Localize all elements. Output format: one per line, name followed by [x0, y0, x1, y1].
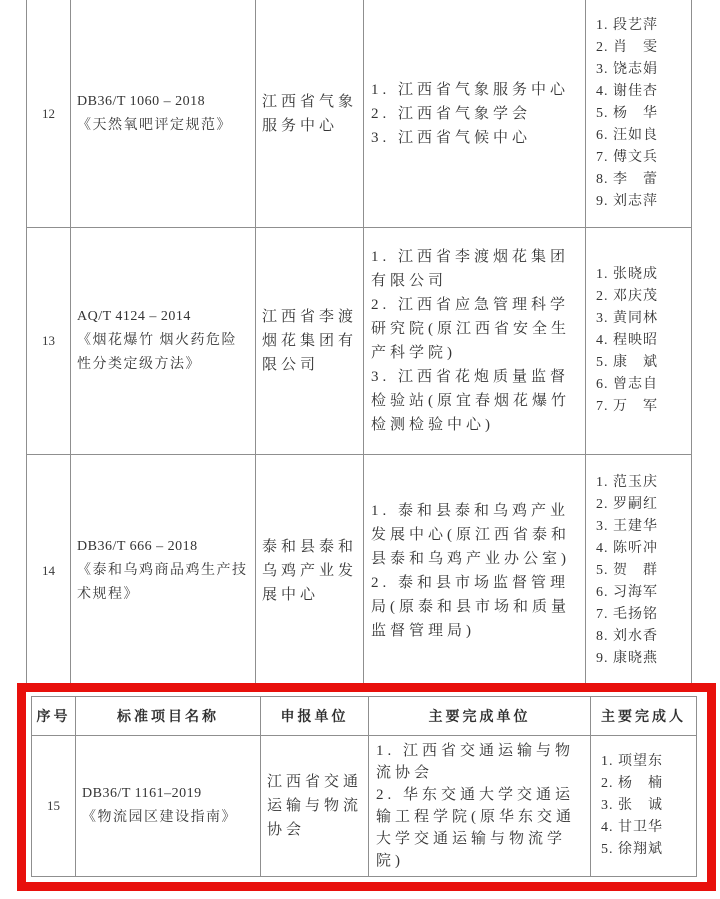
completers-cell: 1. 张晓成2. 邓庆茂3. 黄同林4. 程映昭5. 康 斌6. 曾志自7. 万…	[586, 228, 692, 455]
standard-title: 《物流园区建设指南》	[82, 806, 254, 830]
list-item: 2. 罗嗣红	[596, 494, 687, 516]
list-item: 1. 段艺萍	[596, 15, 687, 37]
list-item: 2. 华东交通大学交通运输工程学院(原华东交通大学交通运输与物流学院)	[376, 784, 583, 872]
list-item: 6. 习海军	[596, 582, 687, 604]
list-item: 1. 范玉庆	[596, 472, 687, 494]
header-cell-completers: 主要完成人	[591, 697, 697, 736]
list-item: 7. 万 军	[596, 396, 687, 418]
list-item: 3. 江西省花炮质量监督检验站(原宜春烟花爆竹检测检验中心)	[371, 365, 578, 437]
list-item: 2. 杨 楠	[601, 773, 692, 795]
list-item: 2. 肖 雯	[596, 37, 687, 59]
list-item: 1. 江西省李渡烟花集团有限公司	[371, 245, 578, 293]
list-item: 4. 陈听冲	[596, 538, 687, 560]
completers-cell: 1. 范玉庆2. 罗嗣红3. 王建华4. 陈听冲5. 贺 群6. 习海军7. 毛…	[586, 455, 692, 687]
list-item: 9. 刘志萍	[596, 191, 687, 213]
standard-code: DB36/T 1060 – 2018	[77, 90, 249, 114]
header-cell-project-name: 标准项目名称	[76, 697, 261, 736]
list-item: 1. 江西省交通运输与物流协会	[376, 740, 583, 784]
list-item: 1. 江西省气象服务中心	[371, 78, 578, 102]
list-item: 3. 饶志娟	[596, 59, 687, 81]
red-highlight-border: 序号 标准项目名称 申报单位 主要完成单位 主要完成人 15 DB36/T 11…	[17, 683, 716, 891]
applicant-cell: 泰和县泰和乌鸡产业发展中心	[256, 455, 364, 687]
project-name-cell: DB36/T 1161–2019 《物流园区建设指南》	[76, 736, 261, 877]
list-item: 2. 邓庆茂	[596, 286, 687, 308]
list-item: 3. 黄同林	[596, 308, 687, 330]
list-item: 3. 江西省气候中心	[371, 126, 578, 150]
list-item: 8. 刘水香	[596, 626, 687, 648]
completers-cell: 1. 段艺萍2. 肖 雯3. 饶志娟4. 谢佳杏5. 杨 华6. 汪如良7. 傅…	[586, 0, 692, 228]
list-item: 5. 康 斌	[596, 352, 687, 374]
list-item: 5. 徐翔斌	[601, 839, 692, 861]
completing-units-cell: 1. 江西省气象服务中心2. 江西省气象学会3. 江西省气候中心	[364, 0, 586, 228]
list-item: 1. 项望东	[601, 751, 692, 773]
table-row: 15 DB36/T 1161–2019 《物流园区建设指南》 江西省交通运输与物…	[32, 736, 697, 877]
standard-code: AQ/T 4124 – 2014	[77, 305, 249, 329]
row-number-cell: 12	[27, 0, 71, 228]
table-row: 13 AQ/T 4124 – 2014 《烟花爆竹 烟火药危险性分类定级方法》 …	[27, 228, 692, 455]
list-item: 4. 甘卫华	[601, 817, 692, 839]
document-page: 12 DB36/T 1060 – 2018 《天然氧吧评定规范》 江西省气象服务…	[0, 0, 720, 899]
list-item: 5. 杨 华	[596, 103, 687, 125]
row-number-cell: 13	[27, 228, 71, 455]
completing-units-cell: 1. 江西省交通运输与物流协会2. 华东交通大学交通运输工程学院(原华东交通大学…	[369, 736, 591, 877]
list-item: 6. 曾志自	[596, 374, 687, 396]
project-name-cell: AQ/T 4124 – 2014 《烟花爆竹 烟火药危险性分类定级方法》	[71, 228, 256, 455]
project-name-cell: DB36/T 666 – 2018 《泰和乌鸡商品鸡生产技术规程》	[71, 455, 256, 687]
row-number-cell: 15	[32, 736, 76, 877]
header-row: 序号 标准项目名称 申报单位 主要完成单位 主要完成人	[32, 697, 697, 736]
list-item: 3. 王建华	[596, 516, 687, 538]
table-row: 14 DB36/T 666 – 2018 《泰和乌鸡商品鸡生产技术规程》 泰和县…	[27, 455, 692, 687]
standard-title: 《烟花爆竹 烟火药危险性分类定级方法》	[77, 329, 249, 377]
applicant-cell: 江西省气象服务中心	[256, 0, 364, 228]
list-item: 1. 泰和县泰和乌鸡产业发展中心(原江西省泰和县泰和乌鸡产业办公室)	[371, 499, 578, 571]
list-item: 5. 贺 群	[596, 560, 687, 582]
standard-code: DB36/T 666 – 2018	[77, 535, 249, 559]
list-item: 7. 毛扬铭	[596, 604, 687, 626]
table-row: 12 DB36/T 1060 – 2018 《天然氧吧评定规范》 江西省气象服务…	[27, 0, 692, 228]
standards-table-highlighted: 序号 标准项目名称 申报单位 主要完成单位 主要完成人 15 DB36/T 11…	[31, 696, 697, 877]
row-number-cell: 14	[27, 455, 71, 687]
applicant-cell: 江西省李渡烟花集团有限公司	[256, 228, 364, 455]
list-item: 4. 谢佳杏	[596, 81, 687, 103]
list-item: 2. 江西省应急管理科学研究院(原江西省安全生产科学院)	[371, 293, 578, 365]
list-item: 2. 江西省气象学会	[371, 102, 578, 126]
list-item: 3. 张 诚	[601, 795, 692, 817]
list-item: 9. 康晓燕	[596, 648, 687, 670]
completers-cell: 1. 项望东2. 杨 楠3. 张 诚4. 甘卫华5. 徐翔斌	[591, 736, 697, 877]
standards-table-top: 12 DB36/T 1060 – 2018 《天然氧吧评定规范》 江西省气象服务…	[26, 0, 692, 687]
completing-units-cell: 1. 江西省李渡烟花集团有限公司2. 江西省应急管理科学研究院(原江西省安全生产…	[364, 228, 586, 455]
list-item: 1. 张晓成	[596, 264, 687, 286]
header-cell-number: 序号	[32, 697, 76, 736]
list-item: 7. 傅文兵	[596, 147, 687, 169]
list-item: 6. 汪如良	[596, 125, 687, 147]
header-cell-applicant: 申报单位	[261, 697, 369, 736]
standard-title: 《泰和乌鸡商品鸡生产技术规程》	[77, 559, 249, 607]
list-item: 2. 泰和县市场监督管理局(原泰和县市场和质量监督管理局)	[371, 571, 578, 643]
list-item: 8. 李 蕾	[596, 169, 687, 191]
project-name-cell: DB36/T 1060 – 2018 《天然氧吧评定规范》	[71, 0, 256, 228]
applicant-cell: 江西省交通运输与物流协会	[261, 736, 369, 877]
completing-units-cell: 1. 泰和县泰和乌鸡产业发展中心(原江西省泰和县泰和乌鸡产业办公室)2. 泰和县…	[364, 455, 586, 687]
standard-title: 《天然氧吧评定规范》	[77, 114, 249, 138]
list-item: 4. 程映昭	[596, 330, 687, 352]
header-cell-completing-units: 主要完成单位	[369, 697, 591, 736]
standard-code: DB36/T 1161–2019	[82, 782, 254, 806]
